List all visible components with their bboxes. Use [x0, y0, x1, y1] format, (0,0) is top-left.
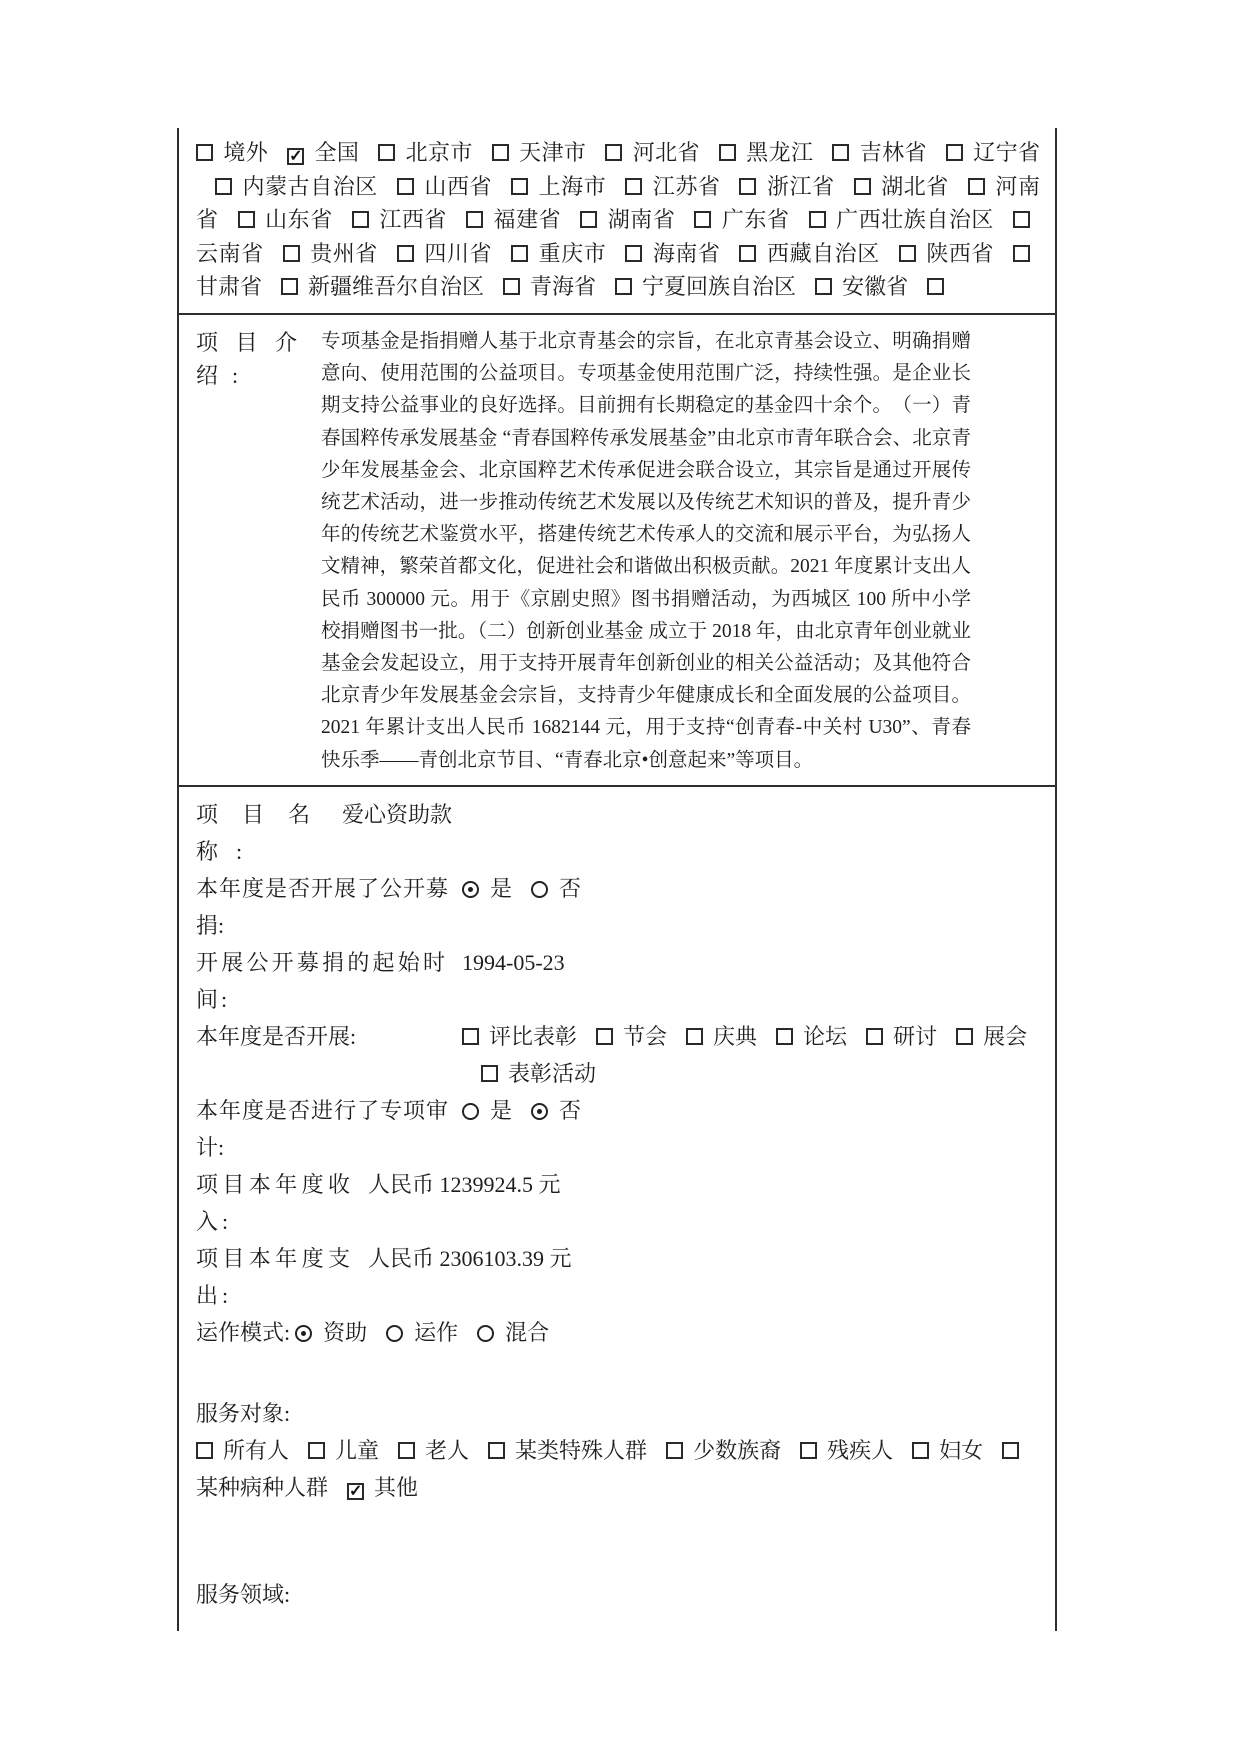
option: 陕西省 — [880, 241, 994, 266]
project-intro-row: 项目介绍: 专项基金是指捐赠人基于北京青基会的宗旨，在北京青基会设立、明确捐赠意… — [179, 315, 1055, 785]
option: 是 — [462, 876, 512, 901]
option-label: 是 — [490, 876, 512, 901]
option: 湖北省 — [835, 174, 949, 199]
checkbox-icon[interactable] — [281, 278, 298, 295]
checkbox-icon[interactable] — [503, 278, 520, 295]
option: 海南省 — [606, 241, 720, 266]
checkbox-icon[interactable] — [968, 178, 985, 195]
field-value: 1994-05-23 — [462, 944, 1040, 981]
option-label: 老人 — [425, 1438, 469, 1463]
option: 论坛 — [757, 1024, 847, 1049]
option-label: 湖南省 — [607, 207, 675, 232]
checkbox-icon[interactable] — [596, 1028, 613, 1045]
option-label: 重庆市 — [538, 241, 606, 266]
option: 否 — [512, 876, 581, 901]
option: 黑龙江 — [700, 140, 814, 165]
field-row-income: 项目本年度收入:人民币 1239924.5 元 — [196, 1166, 1040, 1240]
option: 所有人 — [196, 1438, 289, 1463]
checkbox-icon[interactable] — [352, 211, 369, 228]
checkbox-icon[interactable] — [832, 144, 849, 161]
option: 西藏自治区 — [720, 241, 879, 266]
checkbox-icon[interactable] — [1013, 211, 1030, 228]
checkbox-icon[interactable] — [694, 211, 711, 228]
checkbox-icon[interactable] — [215, 178, 232, 195]
option-label: 北京市 — [405, 140, 473, 165]
option: 江西省 — [333, 207, 447, 232]
checkbox-icon[interactable] — [238, 211, 255, 228]
option-label: 浙江省 — [766, 174, 834, 199]
option: 宁夏回族自治区 — [596, 274, 796, 299]
option: 山西省 — [378, 174, 492, 199]
option: ✓其他 — [328, 1475, 418, 1500]
scanned-report-page: { "regions": { "items": [ {"label":"境外",… — [0, 0, 1240, 1753]
option-label: 陕西省 — [926, 241, 994, 266]
option-label: 运作 — [414, 1320, 458, 1345]
checkbox-icon[interactable] — [927, 278, 944, 295]
option: 儿童 — [289, 1438, 379, 1463]
option-label: 全国 — [314, 140, 359, 165]
checkbox-icon[interactable] — [378, 144, 395, 161]
option-label: 辽宁省 — [973, 140, 1040, 165]
checkbox-icon[interactable] — [625, 178, 642, 195]
option: 上海市 — [492, 174, 606, 199]
option: 运作 — [367, 1320, 458, 1345]
option: 贵州省 — [264, 241, 378, 266]
checkbox-icon[interactable] — [956, 1028, 973, 1045]
option: 表彰活动 — [462, 1061, 596, 1086]
option: 新疆维吾尔自治区 — [262, 274, 484, 299]
option-label: 上海市 — [538, 174, 606, 199]
checkbox-icon[interactable] — [719, 144, 736, 161]
option-label: 广东省 — [721, 207, 789, 232]
field-row-mode: 运作模式:资助运作混合 — [196, 1314, 1040, 1351]
checkbox-icon[interactable] — [196, 1442, 213, 1459]
option: 广东省 — [675, 207, 789, 232]
project-intro-text: 专项基金是指捐赠人基于北京青基会的宗旨，在北京青基会设立、明确捐赠意向、使用范围… — [321, 326, 971, 777]
field-label: 运作模式: — [196, 1314, 290, 1351]
project-fields: 项目名称:爱心资助款本年度是否开展了公开募捐:是否开展公开募捐的起始时间:199… — [179, 787, 1055, 1631]
option-label: 资助 — [323, 1320, 367, 1345]
checkbox-icon[interactable] — [815, 278, 832, 295]
option-label: 是 — [490, 1098, 512, 1123]
field-label: 服务领域: — [196, 1576, 290, 1613]
option-label: 所有人 — [223, 1438, 289, 1463]
option-label: 广西壮族自治区 — [836, 207, 994, 232]
option-label: 贵州省 — [310, 241, 378, 266]
field-label: 开展公开募捐的起始时间: — [196, 944, 448, 1018]
option: 湖南省 — [561, 207, 675, 232]
option — [908, 274, 954, 299]
project-intro-label: 项目介绍: — [196, 326, 311, 777]
option: 辽宁省 — [927, 140, 1040, 165]
option-label: 湖北省 — [881, 174, 949, 199]
report-form-table: 境外✓全国北京市天津市河北省黑龙江吉林省辽宁省内蒙古自治区山西省上海市江苏省浙江… — [177, 128, 1057, 1631]
checkbox-icon[interactable] — [481, 1065, 498, 1082]
option: 妇女 — [893, 1438, 983, 1463]
checkbox-icon[interactable] — [739, 245, 756, 262]
option: 庆典 — [667, 1024, 757, 1049]
checkbox-icon[interactable] — [397, 245, 414, 262]
option: 节会 — [577, 1024, 667, 1049]
field-label: 项目名称: — [196, 796, 328, 870]
radio-selected-icon[interactable] — [295, 1325, 312, 1342]
option-label: 残疾人 — [827, 1438, 893, 1463]
field-row-expense: 项目本年度支出:人民币 2306103.39 元 — [196, 1240, 1040, 1314]
checkbox-icon[interactable] — [739, 178, 756, 195]
option-label: 论坛 — [803, 1024, 847, 1049]
option-label: 甘肃省 — [196, 274, 262, 299]
radio-selected-icon[interactable] — [531, 1103, 548, 1120]
checkbox-icon[interactable] — [605, 144, 622, 161]
option-label: 云南省 — [196, 241, 264, 266]
field-value: 是否 — [462, 870, 1040, 907]
option-label: 福建省 — [493, 207, 561, 232]
option: 资助 — [295, 1320, 367, 1345]
option-label: 西藏自治区 — [766, 241, 879, 266]
option: 天津市 — [473, 140, 587, 165]
option-label: 某种病种人群 — [196, 1475, 328, 1500]
option-label: 混合 — [505, 1320, 549, 1345]
field-label: 项目本年度收入: — [196, 1166, 354, 1240]
option: 混合 — [458, 1320, 549, 1345]
checkbox-icon[interactable] — [462, 1028, 479, 1045]
checkbox-icon[interactable] — [466, 211, 483, 228]
checkbox-icon[interactable] — [854, 178, 871, 195]
option: 否 — [512, 1098, 581, 1123]
field-row-name: 项目名称:爱心资助款 — [196, 796, 1040, 870]
option: 浙江省 — [720, 174, 834, 199]
checkbox-icon[interactable] — [800, 1442, 817, 1459]
field-value: 所有人儿童老人某类特殊人群少数族裔残疾人妇女某种病种人群✓其他 — [196, 1432, 1040, 1506]
checkbox-checked-icon[interactable]: ✓ — [287, 148, 304, 165]
option-label: 展会 — [983, 1024, 1027, 1049]
option: 广西壮族自治区 — [790, 207, 994, 232]
checkbox-icon[interactable] — [397, 178, 414, 195]
option: ✓全国 — [268, 140, 359, 165]
option: 重庆市 — [492, 241, 606, 266]
field-label: 本年度是否开展了公开募捐: — [196, 870, 448, 944]
option: 吉林省 — [813, 140, 927, 165]
field-value: 资助运作混合 — [295, 1314, 1040, 1351]
radio-icon[interactable] — [386, 1325, 403, 1342]
option: 研讨 — [847, 1024, 937, 1049]
option-label: 某类特殊人群 — [515, 1438, 647, 1463]
option-label: 节会 — [623, 1024, 667, 1049]
field-row-audit: 本年度是否进行了专项审计:是否 — [196, 1092, 1040, 1166]
checkbox-icon[interactable] — [912, 1442, 929, 1459]
checkbox-icon[interactable] — [511, 245, 528, 262]
option-label: 江西省 — [379, 207, 447, 232]
option: 青海省 — [484, 274, 596, 299]
option-label: 评比表彰 — [489, 1024, 577, 1049]
field-row-service_field_heading: 服务领域: — [196, 1576, 1040, 1613]
field-value: 人民币 2306103.39 元 — [368, 1240, 1040, 1277]
option: 老人 — [379, 1438, 469, 1463]
option-label: 研讨 — [893, 1024, 937, 1049]
option-label: 四川省 — [424, 241, 492, 266]
option-label: 宁夏回族自治区 — [642, 274, 796, 299]
option: 残疾人 — [781, 1438, 893, 1463]
option: 安徽省 — [796, 274, 908, 299]
field-row-service_target_heading: 服务对象: — [196, 1395, 1040, 1432]
option: 境外 — [196, 140, 268, 165]
option: 是 — [462, 1098, 512, 1123]
option-label: 天津市 — [519, 140, 587, 165]
option-label: 河北省 — [632, 140, 700, 165]
option-label: 儿童 — [335, 1438, 379, 1463]
field-row-service_targets: 所有人儿童老人某类特殊人群少数族裔残疾人妇女某种病种人群✓其他 — [196, 1432, 1040, 1506]
checkbox-icon[interactable] — [283, 245, 300, 262]
radio-icon[interactable] — [477, 1325, 494, 1342]
field-label: 本年度是否进行了专项审计: — [196, 1092, 448, 1166]
field-value: 是否 — [462, 1092, 1040, 1129]
option-label: 少数族裔 — [693, 1438, 781, 1463]
option: 四川省 — [378, 241, 492, 266]
option-label: 妇女 — [939, 1438, 983, 1463]
checkbox-icon[interactable] — [666, 1442, 683, 1459]
field-label: 服务对象: — [196, 1395, 290, 1432]
checkbox-icon[interactable] — [492, 144, 509, 161]
option-label: 内蒙古自治区 — [242, 174, 378, 199]
field-label: 项目本年度支出: — [196, 1240, 354, 1314]
option: 江苏省 — [606, 174, 720, 199]
option: 山东省 — [219, 207, 333, 232]
option-label: 表彰活动 — [508, 1061, 596, 1086]
checkbox-icon[interactable] — [946, 144, 963, 161]
field-value: 爱心资助款 — [342, 796, 1040, 833]
checkbox-icon[interactable] — [625, 245, 642, 262]
option-label: 黑龙江 — [746, 140, 814, 165]
option-label: 吉林省 — [859, 140, 927, 165]
checkbox-icon[interactable] — [615, 278, 632, 295]
option: 评比表彰 — [462, 1024, 577, 1049]
checkbox-icon[interactable] — [866, 1028, 883, 1045]
option: 少数族裔 — [647, 1438, 781, 1463]
option-label: 否 — [559, 1098, 581, 1123]
option-label: 庆典 — [713, 1024, 757, 1049]
checkbox-icon[interactable] — [398, 1442, 415, 1459]
option: 北京市 — [359, 140, 473, 165]
field-value: 人民币 1239924.5 元 — [368, 1166, 1040, 1203]
option: 河北省 — [586, 140, 700, 165]
checkbox-icon[interactable] — [580, 211, 597, 228]
checkbox-icon[interactable] — [1013, 245, 1030, 262]
option: 福建省 — [447, 207, 561, 232]
checkbox-icon[interactable] — [809, 211, 826, 228]
option-label: 其他 — [374, 1475, 418, 1500]
radio-icon[interactable] — [462, 1103, 479, 1120]
field-row-fundraise: 本年度是否开展了公开募捐:是否 — [196, 870, 1040, 944]
checkbox-icon[interactable] — [686, 1028, 703, 1045]
radio-icon[interactable] — [531, 881, 548, 898]
checkbox-icon[interactable] — [1002, 1442, 1019, 1459]
region-checkbox-list: 境外✓全国北京市天津市河北省黑龙江吉林省辽宁省内蒙古自治区山西省上海市江苏省浙江… — [179, 128, 1055, 313]
option-label: 江苏省 — [652, 174, 720, 199]
option-label: 山东省 — [265, 207, 333, 232]
checkbox-icon[interactable] — [776, 1028, 793, 1045]
checkbox-icon[interactable] — [899, 245, 916, 262]
option-label: 海南省 — [652, 241, 720, 266]
option-label: 青海省 — [530, 274, 596, 299]
option: 某类特殊人群 — [469, 1438, 647, 1463]
option: 内蒙古自治区 — [196, 174, 378, 199]
field-row-fundraise_start: 开展公开募捐的起始时间:1994-05-23 — [196, 944, 1040, 1018]
option-label: 山西省 — [424, 174, 492, 199]
checkbox-icon[interactable] — [488, 1442, 505, 1459]
option-label: 新疆维吾尔自治区 — [308, 274, 484, 299]
option-label: 否 — [559, 876, 581, 901]
checkbox-checked-icon[interactable]: ✓ — [347, 1483, 364, 1500]
field-label: 本年度是否开展: — [196, 1018, 448, 1055]
option-label: 境外 — [223, 140, 268, 165]
field-value: 评比表彰节会庆典论坛研讨展会表彰活动 — [462, 1018, 1040, 1092]
field-row-events: 本年度是否开展:评比表彰节会庆典论坛研讨展会表彰活动 — [196, 1018, 1040, 1092]
radio-selected-icon[interactable] — [462, 881, 479, 898]
option: 展会 — [937, 1024, 1027, 1049]
option-label: 安徽省 — [842, 274, 908, 299]
checkbox-icon[interactable] — [196, 144, 213, 161]
checkbox-icon[interactable] — [308, 1442, 325, 1459]
checkbox-icon[interactable] — [511, 178, 528, 195]
